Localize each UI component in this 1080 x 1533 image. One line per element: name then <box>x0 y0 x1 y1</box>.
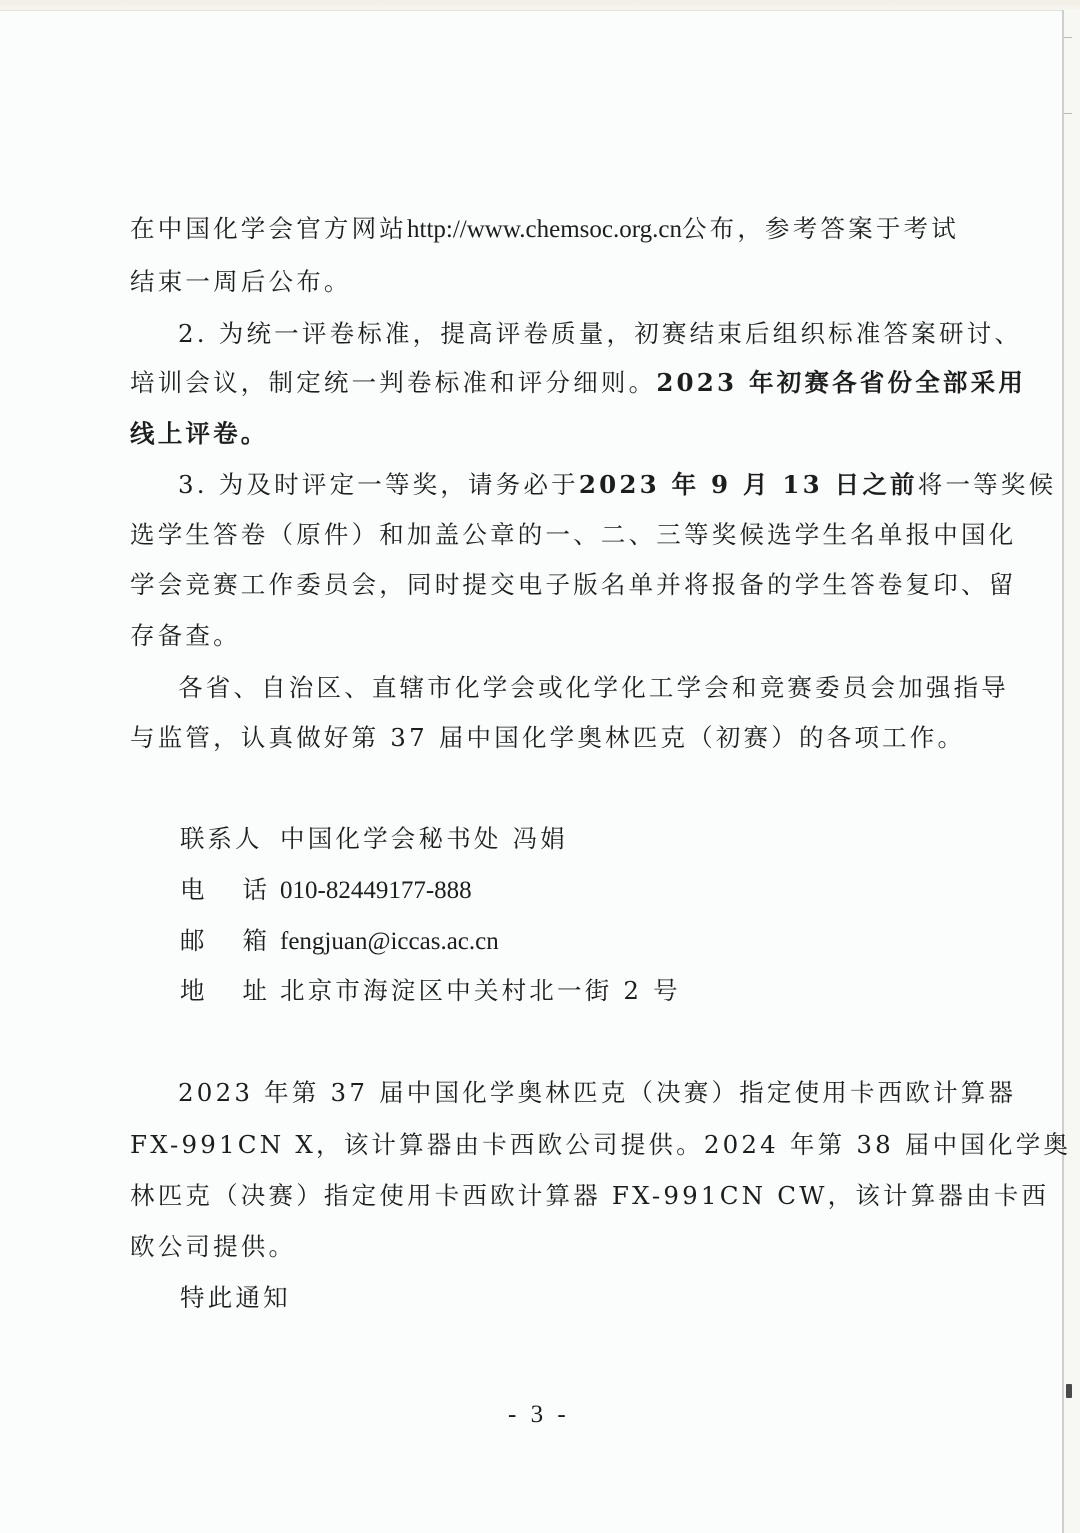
scan-edge-tick <box>1064 37 1072 38</box>
contact-email-value: fengjuan@iccas.ac.cn <box>280 928 499 955</box>
scan-page-edge <box>1062 10 1064 1533</box>
website-url: http://www.chemsoc.org.cn <box>407 216 682 243</box>
text: 公布，参考答案于考试 <box>682 214 959 243</box>
item-2-line-2: 培训会议，制定统一判卷标准和评分细则。2023 年初赛各省份全部采用 <box>130 368 930 398</box>
contact-email-label: 邮箱 <box>180 926 280 956</box>
contact-person-row: 联系人中国化学会秘书处 冯娟 <box>180 824 568 854</box>
item-3-line-3: 学会竞赛工作委员会，同时提交电子版名单并将报备的学生答卷复印、留 <box>130 570 930 600</box>
calculator-line-2: FX-991CN X，该计算器由卡西欧公司提供。2024 年第 38 届中国化学… <box>130 1130 930 1160</box>
scan-edge-tick <box>1064 113 1072 114</box>
paragraph-1-line-1: 在中国化学会官方网站http://www.chemsoc.org.cn公布，参考… <box>130 214 930 245</box>
document-page: 在中国化学会官方网站http://www.chemsoc.org.cn公布，参考… <box>0 0 1062 1533</box>
calculator-line-1: 2023 年第 37 届中国化学奥林匹克（决赛）指定使用卡西欧计算器 <box>178 1078 930 1108</box>
guidance-line-2: 与监管，认真做好第 37 届中国化学奥林匹克（初赛）的各项工作。 <box>130 723 965 753</box>
text: 将一等奖候 <box>918 470 1057 499</box>
contact-address-label: 地址 <box>180 976 280 1006</box>
paragraph-1-line-2: 结束一周后公布。 <box>130 267 352 297</box>
item-3-line-1: 3. 为及时评定一等奖，请务必于2023 年 9 月 13 日之前将一等奖候 <box>178 470 930 500</box>
text: 在中国化学会官方网站 <box>130 214 407 243</box>
calculator-line-4: 欧公司提供。 <box>130 1232 296 1262</box>
contact-person-value: 中国化学会秘书处 冯娟 <box>280 824 568 853</box>
contact-phone-label: 电话 <box>180 875 280 905</box>
contact-address-row: 地址北京市海淀区中关村北一街 2 号 <box>180 976 681 1006</box>
contact-address-value: 北京市海淀区中关村北一街 2 号 <box>280 976 681 1005</box>
page-number: - 3 - <box>508 1401 570 1429</box>
scan-right-margin <box>1064 10 1080 1533</box>
item-2-line-3: 线上评卷。 <box>130 419 269 449</box>
closing-text: 特此通知 <box>180 1283 291 1313</box>
contact-person-label: 联系人 <box>180 824 280 854</box>
guidance-line-1: 各省、自治区、直辖市化学会或化学化工学会和竞赛委员会加强指导 <box>178 673 930 703</box>
item-3-line-4: 存备查。 <box>130 621 241 651</box>
text: 3. 为及时评定一等奖，请务必于 <box>178 470 579 499</box>
text: 培训会议，制定统一判卷标准和评分细则。 <box>130 368 656 397</box>
contact-email-row: 邮箱fengjuan@iccas.ac.cn <box>180 926 499 957</box>
deadline-date: 2023 年 9 月 13 日之前 <box>579 470 918 499</box>
calculator-line-3: 林匹克（决赛）指定使用卡西欧计算器 FX-991CN CW，该计算器由卡西 <box>130 1181 930 1211</box>
item-3-line-2: 选学生答卷（原件）和加盖公章的一、二、三等奖候选学生名单报中国化 <box>130 520 930 550</box>
contact-phone-value: 010-82449177-888 <box>280 877 472 904</box>
bold-text: 2023 年初赛各省份全部采用 <box>656 368 1026 397</box>
item-2-line-1: 2. 为统一评卷标准，提高评卷质量，初赛结束后组织标准答案研讨、 <box>178 319 930 349</box>
scan-binding-mark <box>1066 1384 1072 1398</box>
contact-phone-row: 电话010-82449177-888 <box>180 875 472 906</box>
